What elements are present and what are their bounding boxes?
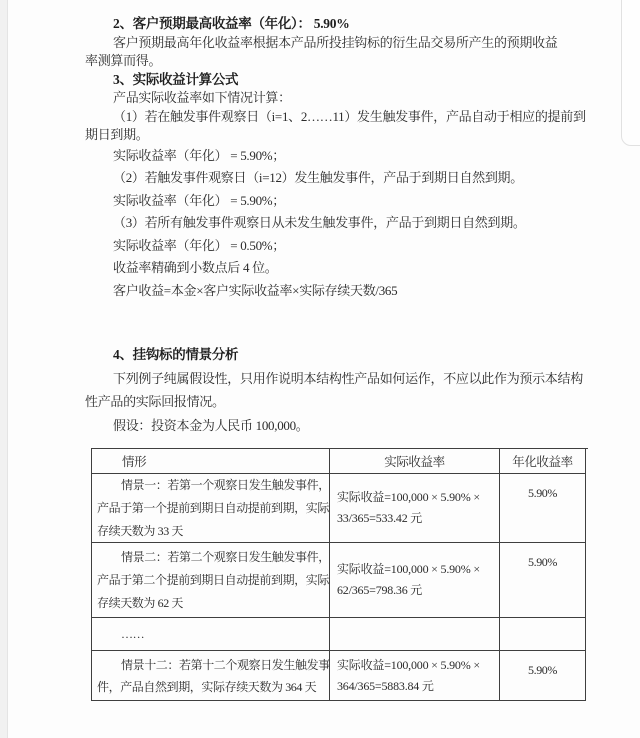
scenario-line: 情景十二：若第十二个观察日发生触发事 [97,654,326,676]
formula-line: 33/365=533.42 元 [337,508,499,529]
page-left-edge [0,0,8,738]
doc-line: 率测算而得。 [85,52,567,71]
formula-cell-2: 实际收益=100,000 × 5.90% × 62/365=798.36 元 [330,543,500,618]
section-4-heading: 4、挂钩标的情景分析 [85,343,567,367]
scenario-cell-ellipsis: …… [92,618,330,651]
scrollbar-overlay[interactable] [621,0,640,146]
table-header-actual-return: 实际收益率 [330,449,500,474]
rate-cell-ellipsis [500,618,586,651]
section-2-heading: 2、客户预期最高收益率（年化）： 5.90% [85,15,567,34]
doc-line: 产品实际收益率如下情况计算： [85,89,567,108]
header-label: 实际收益率 [384,452,445,470]
formula-cell-12: 实际收益=100,000 × 5.90% × 364/365=5883.84 元 [330,651,500,701]
doc-line-case-2: （2）若触发事件观察日（i=12）发生触发事件，产品于到期日自然到期。 [85,167,567,190]
actual-rate-case-2: 实际收益率（年化） = 5.90%； [85,190,567,213]
formula-line: 62/365=798.36 元 [337,580,499,601]
formula-cell-ellipsis [330,618,500,651]
header-label: 年化收益率 [512,452,573,470]
scenario-line: 存续天数为 62 天 [97,592,326,615]
scenario-line: 产品于第二个提前到期日自动提前到期，实际 [97,569,326,592]
actual-rate-case-3: 实际收益率（年化） = 0.50%； [85,235,567,258]
scenario-cell-12: 情景十二：若第十二个观察日发生触发事 件，产品自然到期，实际存续天数为 364 … [92,651,330,701]
scenario-cell-1: 情景一：若第一个观察日发生触发事件， 产品于第一个提前到期日自动提前到期，实际 … [92,474,330,543]
scenario-cell-2: 情景二：若第二个观察日发生触发事件， 产品于第二个提前到期日自动提前到期，实际 … [92,543,330,618]
scenario-line: 存续天数为 33 天 [97,520,326,543]
table-header-scenario: 情形 [92,449,330,474]
doc-line-disclaimer: 下列例子纯属假设性，只用作说明本结构性产品如何运作，不应以此作为预示本结构 [85,367,567,391]
scenario-analysis-table: 情形 实际收益率 年化收益率 情景一：若第一个观察日发生触发事件， 产品于第一个… [91,448,588,701]
doc-line-case-3: （3）若所有触发事件观察日从未发生触发事件，产品于到期日自然到期。 [85,212,567,235]
customer-return-formula: 客户收益=本金×客户实际收益率×实际存续天数/365 [85,280,567,303]
formula-cell-1: 实际收益=100,000 × 5.90% × 33/365=533.42 元 [330,474,500,543]
doc-line: 客户预期最高年化收益率根据本产品所投挂钩标的衍生品交易所产生的预期收益 [85,34,567,53]
doc-line: 期日到期。 [85,126,567,145]
table-header-annual-rate: 年化收益率 [500,449,586,474]
formula-line: 实际收益=100,000 × 5.90% × [337,559,499,580]
header-label: 情形 [122,452,146,470]
scenario-line: 件，产品自然到期，实际存续天数为 364 天 [97,676,326,698]
actual-rate-case-1: 实际收益率（年化） = 5.90%； [85,145,567,168]
section-3-heading: 3、实际收益计算公式 [85,71,567,90]
assumption-line: 假设：投资本金为人民币 100,000。 [85,414,567,438]
scenario-line: 产品于第一个提前到期日自动提前到期，实际 [97,497,326,520]
doc-line-disclaimer: 性产品的实际回报情况。 [85,390,567,414]
formula-line: 实际收益=100,000 × 5.90% × [337,655,499,676]
formula-line: 364/365=5883.84 元 [337,676,499,697]
rate-cell-12: 5.90% [500,651,586,701]
scenario-line: 情景一：若第一个观察日发生触发事件， [97,474,326,497]
rate-cell-1: 5.90% [500,474,586,543]
doc-line-case-1: （1）若在触发事件观察日（i=1、2……11）发生触发事件，产品自动于相应的提前… [85,108,567,127]
doc-line-precision: 收益率精确到小数点后 4 位。 [85,257,567,280]
rate-cell-2: 5.90% [500,543,586,618]
scenario-line: 情景二：若第二个观察日发生触发事件， [97,546,326,569]
document-viewer: 2、客户预期最高收益率（年化）： 5.90% 客户预期最高年化收益率根据本产品所… [0,0,640,738]
formula-line: 实际收益=100,000 × 5.90% × [337,487,499,508]
document-page: 2、客户预期最高收益率（年化）： 5.90% 客户预期最高年化收益率根据本产品所… [85,8,567,437]
ellipsis-text: …… [121,627,144,642]
